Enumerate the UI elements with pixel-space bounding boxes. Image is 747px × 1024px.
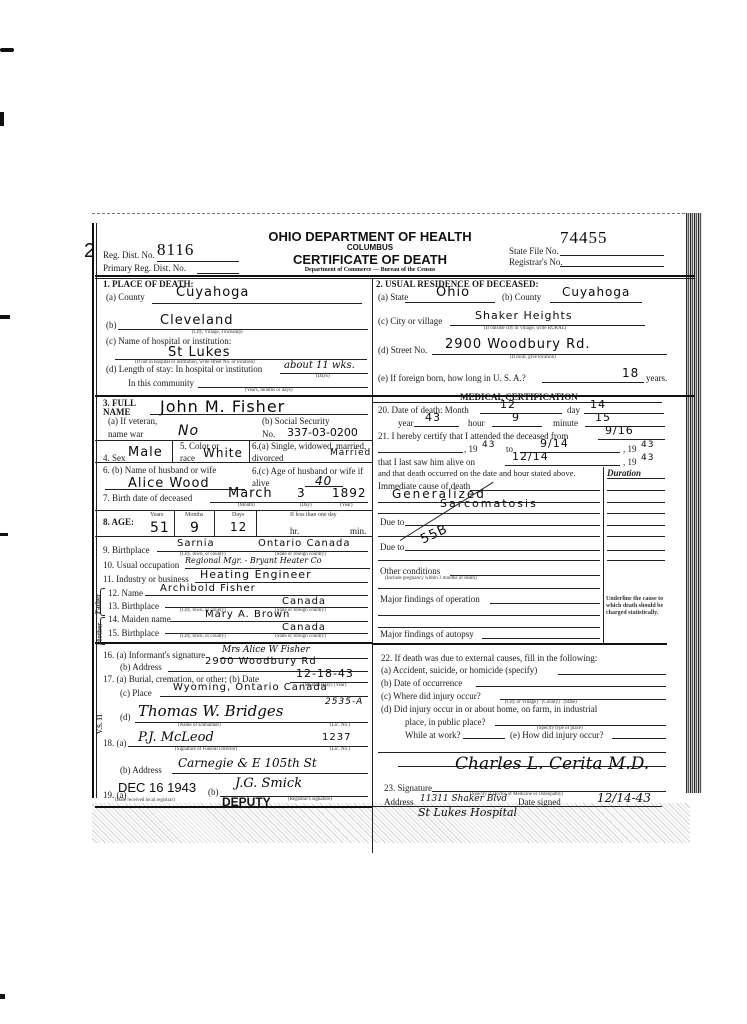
res-city-hint: (If outside city or village, write RURAL… — [484, 326, 566, 331]
left-margin-mark: 2 — [84, 240, 95, 263]
spouse-label: 6. (b) Name of husband or wife — [103, 465, 216, 475]
duration-label: Duration — [607, 468, 641, 478]
signature-label: 23. Signature — [384, 783, 432, 793]
res-county-value: Cuyahoga — [562, 285, 630, 299]
father-brace — [100, 588, 105, 616]
age-years-header: Years — [150, 512, 163, 518]
age-days: 12 — [230, 520, 247, 534]
attended-to: 9/14 — [540, 437, 569, 450]
mother-bp-state-hint: (State or foreign country) — [275, 634, 326, 639]
veteran-label: (a) If veteran, name war — [108, 415, 178, 441]
res-street-value: 2900 Woodbury Rd. — [445, 337, 591, 352]
res-city-label: (c) City or village — [378, 316, 442, 326]
attended-from: 9/16 — [605, 424, 634, 437]
occurred-label: and that death occurred on the date and … — [378, 468, 576, 478]
external-c-label: (c) Where did injury occur? — [381, 691, 481, 701]
birth-date-label: 7. Birth date of deceased — [103, 493, 192, 503]
director-value: P.J. McLeod — [138, 730, 214, 745]
age-months-header: Months — [185, 512, 203, 518]
dod-day: 14 — [590, 398, 606, 411]
external-d-label2: place, in public place? — [405, 717, 485, 727]
date-signed-value: 12/14-43 — [597, 791, 651, 805]
department-city: COLUMBUS — [250, 243, 490, 252]
signature-address-line-2: St Lukes Hospital — [418, 806, 517, 819]
res-county-label: (b) County — [502, 292, 541, 302]
mother-name-label: 14. Maiden name — [108, 614, 171, 624]
ssn-value: 337-03-0200 — [287, 426, 358, 439]
external-heading: 22. If death was due to external causes,… — [381, 653, 597, 663]
age-hr-label: hr. — [290, 526, 299, 536]
mother-name-value: Mary A. Brown — [205, 609, 290, 620]
res-street-label: (d) Street No. — [378, 345, 427, 355]
director-label: 18. (a) — [103, 738, 127, 748]
mother-birthplace-label: 15. Birthplace — [108, 628, 159, 638]
autopsy-label: Major findings of autopsy — [380, 629, 474, 639]
bottom-scan-noise — [92, 803, 690, 843]
mother-birthplace-value: Canada — [282, 622, 326, 633]
underline-note: Underline the cause to which death shoul… — [606, 596, 666, 617]
race-value: White — [203, 446, 243, 460]
pod-community-hint: (Years, months or days) — [245, 388, 293, 393]
left-margin-mark — [0, 533, 8, 536]
external-work-label: While at work? — [405, 730, 460, 740]
primary-reg-label: Primary Reg. Dist. No. — [103, 263, 186, 273]
dod-year: 43 — [425, 411, 441, 424]
birth-month-hint: (Month) — [238, 503, 255, 508]
received-hint: (Date received local registrar) — [115, 798, 175, 803]
last-saw-year-prefix: , 19 — [623, 457, 637, 467]
medical-heading: MEDICAL CERTIFICATION — [460, 392, 578, 402]
director-lic-value: 1237 — [322, 732, 351, 743]
age-less-header: If less than one day — [290, 512, 337, 518]
informant-address-label: (b) Address — [120, 662, 162, 672]
dod-year-label: year — [398, 418, 414, 428]
birth-month: March — [228, 486, 273, 501]
left-margin-mark — [0, 48, 14, 52]
to-year: 43 — [641, 440, 654, 450]
birth-year: 1892 — [332, 486, 367, 500]
pod-county-value: Cuyahoga — [176, 285, 249, 300]
side-code: V.S. 11 — [96, 714, 104, 734]
embalmer-lic-value: 2535-A — [325, 697, 363, 707]
birth-day-hint: (Day) — [300, 503, 312, 508]
industry-value: Heating Engineer — [200, 568, 312, 581]
dod-label: 20. Date of death: Month — [378, 405, 469, 415]
state-file-label: State File No. — [509, 246, 559, 256]
pod-city-hint: (City, Village, Township) — [192, 330, 243, 335]
burial-place-value: Wyoming, Ontario Canada — [173, 682, 328, 693]
certificate-title: CERTIFICATE OF DEATH — [250, 252, 490, 267]
pod-city-value: Cleveland — [160, 313, 233, 328]
father-name-label: 12. Name — [108, 588, 143, 598]
dod-minute: 15 — [595, 411, 611, 424]
pod-county-label: (a) County — [106, 292, 145, 302]
pod-community-label: In this community — [128, 378, 194, 388]
embalmer-value: Thomas W. Bridges — [138, 702, 283, 720]
signature-address-value: 11311 Shaker Blvd — [420, 794, 507, 804]
sex-value: Male — [128, 445, 163, 460]
last-saw-year: 43 — [641, 453, 654, 463]
department-title: OHIO DEPARTMENT OF HEALTH — [250, 229, 490, 244]
other-conditions-hint: (Include pregnancy within 3 months of de… — [385, 576, 477, 581]
age-months: 9 — [190, 520, 200, 536]
age-days-header: Days — [232, 512, 244, 518]
director-hint: (Signature of Funeral Director) — [175, 747, 237, 752]
father-birthplace-value: Canada — [282, 596, 326, 607]
other-conditions-label: Other conditions — [380, 566, 440, 576]
last-saw-label: that I last saw him alive on — [378, 457, 475, 467]
registrar-sig-label: (b) — [208, 787, 219, 797]
from-year: 43 — [482, 440, 495, 450]
res-years-label: years. — [646, 373, 667, 383]
burial-place-label: (c) Place — [120, 688, 152, 698]
external-e-label: (e) How did injury occur? — [510, 730, 603, 740]
registrar-sig-hint: (Registrar's signature) — [288, 797, 332, 802]
res-foreign-label: (e) If foreign born, how long in U. S. A… — [378, 373, 526, 383]
pod-stay-value: about 11 wks. — [284, 360, 355, 371]
signature-value: Charles L. Cerita M.D. — [455, 754, 649, 774]
res-state-value: Ohio — [436, 285, 470, 300]
pod-stay-hint: (Days) — [316, 374, 330, 379]
received-date-stamp: DEC 16 1943 — [118, 780, 196, 795]
due-to-label-1: Due to — [380, 517, 404, 527]
dod-hour-label: hour — [468, 418, 485, 428]
reg-dist-value: 8116 — [157, 240, 194, 260]
embalmer-label: (d) — [120, 712, 131, 722]
informant-address-value: 2900 Woodbury Rd — [205, 656, 317, 667]
external-b-label: (b) Date of occurrence — [381, 678, 462, 688]
veteran-value: No — [178, 423, 199, 439]
to-year-prefix: , 19 — [623, 444, 637, 454]
from-year-prefix: , 19 — [464, 444, 478, 454]
external-d-label: (d) Did injury occur in or about home, o… — [381, 704, 597, 714]
birth-day: 3 — [297, 486, 306, 500]
birth-year-hint: (Year) — [340, 503, 353, 508]
mother-bp-city-hint: (City, town, or county) — [180, 634, 226, 639]
cause-line-2: Sarcomatosis — [440, 497, 538, 510]
left-margin-mark — [0, 315, 10, 319]
mother-brace — [100, 617, 105, 645]
marital-value: Married — [330, 448, 371, 458]
father-birthplace-label: 13. Birthplace — [108, 601, 159, 611]
certificate-subtitle: Department of Commerce — Bureau of the C… — [250, 267, 490, 273]
age-years: 51 — [150, 520, 170, 536]
res-foreign-value: 18 — [622, 366, 639, 380]
birthplace-state: Ontario Canada — [258, 538, 351, 549]
occupation-label: 10. Usual occupation — [103, 560, 179, 570]
birthplace-city: Sarnia — [177, 538, 215, 549]
occupation-value: Regional Mgr. - Bryant Heater Co — [185, 556, 322, 565]
director-address-value: Carnegie & E 105th St — [178, 756, 317, 770]
due-to-label-2: Due to — [380, 542, 404, 552]
registrar-sig-value: J.G. Smick — [235, 776, 302, 791]
pod-hospital-value: St Lukes — [168, 345, 231, 360]
burial-date-value: 12-18-43 — [296, 667, 354, 680]
embalmer-hint: (Name of Embalmer) — [178, 723, 221, 728]
dod-hour: 9 — [512, 411, 520, 424]
dod-month: 12 — [500, 398, 516, 411]
res-state-label: (a) State — [378, 292, 408, 302]
left-margin-mark — [0, 994, 5, 999]
registrar-label: Registrar's No. — [509, 257, 563, 267]
informant-sig-value: Mrs Alice W Fisher — [222, 645, 310, 655]
director-address-label: (b) Address — [120, 765, 162, 775]
age-label: 8. AGE: — [103, 517, 134, 527]
age-min-label: min. — [350, 526, 366, 536]
left-margin-mark — [0, 112, 4, 126]
res-city-value: Shaker Heights — [475, 309, 573, 322]
state-file-value: 74455 — [560, 228, 608, 248]
dod-minute-label: minute — [553, 418, 578, 428]
birthplace-label: 9. Birthplace — [103, 545, 150, 555]
director-lic-hint: (Lic. No.) — [330, 747, 350, 752]
last-saw-date: 12/14 — [512, 450, 549, 463]
father-name-value: Archibold Fisher — [160, 583, 256, 594]
dod-day-label: day — [567, 405, 580, 415]
right-edge-shadow — [686, 213, 702, 793]
operation-label: Major findings of operation — [380, 594, 480, 604]
pod-city-label: (b) — [106, 320, 117, 330]
res-street-hint: (If rural, give location) — [510, 355, 556, 360]
embalmer-lic-hint: (Lic. No.) — [330, 723, 350, 728]
external-a-label: (a) Accident, suicide, or homicide (spec… — [381, 665, 537, 675]
pod-stay-label: (d) Length of stay: In hospital or insti… — [106, 364, 262, 374]
reg-dist-label: Reg. Dist. No. — [103, 250, 155, 260]
informant-sig-label: 16. (a) Informant's signature — [103, 650, 205, 660]
